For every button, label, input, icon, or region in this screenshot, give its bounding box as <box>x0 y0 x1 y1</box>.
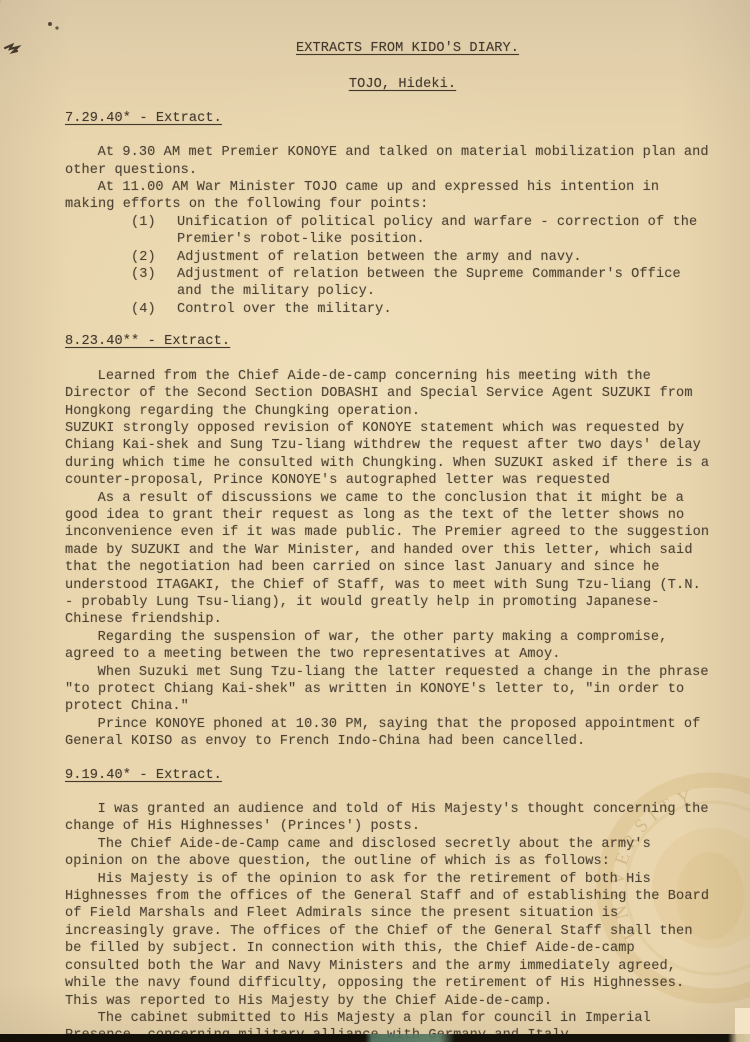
section-heading: 7.29.40* - Extract. <box>65 110 712 127</box>
document-subtitle: TOJO, Hideki. <box>349 76 456 93</box>
scan-edge-strip <box>0 1034 750 1042</box>
paragraph: I was granted an audience and told of Hi… <box>65 801 712 836</box>
list-item-number: (4) <box>131 301 161 318</box>
numbered-list: (1) Unification of political policy and … <box>65 214 712 318</box>
section-heading: 8.23.40** - Extract. <box>65 333 712 350</box>
ink-stain <box>44 18 66 34</box>
section-9-19-40: 9.19.40* - Extract. I was granted an aud… <box>65 767 712 1042</box>
ink-stain <box>3 38 29 58</box>
paragraph: At 9.30 AM met Premier KONOYE and talked… <box>65 144 712 179</box>
list-item: (1) Unification of political policy and … <box>131 214 712 249</box>
paragraph: Regarding the suspension of war, the oth… <box>65 629 712 664</box>
list-item-text: Adjustment of relation between the army … <box>161 249 712 266</box>
section-heading: 9.19.40* - Extract. <box>65 767 712 784</box>
list-item-number: (1) <box>131 214 161 249</box>
paragraph: Learned from the Chief Aide-de-camp conc… <box>65 368 712 420</box>
paragraph: SUZUKI strongly opposed revision of KONO… <box>65 420 712 490</box>
paper-corner-patch <box>735 1008 750 1036</box>
paragraph: As a result of discussions we came to th… <box>65 490 712 629</box>
list-item-number: (3) <box>131 266 161 301</box>
document-body: EXTRACTS FROM KIDO'S DIARY. TOJO, Hideki… <box>65 40 712 1042</box>
list-item: (4) Control over the military. <box>131 301 712 318</box>
list-item: (3) Adjustment of relation between the S… <box>131 266 712 301</box>
paragraph: At 11.00 AM War Minister TOJO came up an… <box>65 179 712 214</box>
section-8-23-40: 8.23.40** - Extract. Learned from the Ch… <box>65 333 712 750</box>
list-item: (2) Adjustment of relation between the a… <box>131 249 712 266</box>
list-item-text: Unification of political policy and warf… <box>161 214 712 249</box>
scanned-document-page: UNIVERSITY OF EXTRACTS FROM KIDO'S DIARY… <box>0 0 750 1042</box>
list-item-text: Control over the military. <box>161 301 712 318</box>
list-item-text: Adjustment of relation between the Supre… <box>161 266 712 301</box>
paragraph: When Suzuki met Sung Tzu-liang the latte… <box>65 664 712 716</box>
section-7-29-40: 7.29.40* - Extract. At 9.30 AM met Premi… <box>65 110 712 318</box>
paragraph: The Chief Aide-de-Camp came and disclose… <box>65 836 712 871</box>
list-item-number: (2) <box>131 249 161 266</box>
paragraph: Prince KONOYE phoned at 10.30 PM, saying… <box>65 716 712 751</box>
document-title: EXTRACTS FROM KIDO'S DIARY. <box>296 40 519 57</box>
paragraph: His Majesty is of the opinion to ask for… <box>65 871 712 1010</box>
